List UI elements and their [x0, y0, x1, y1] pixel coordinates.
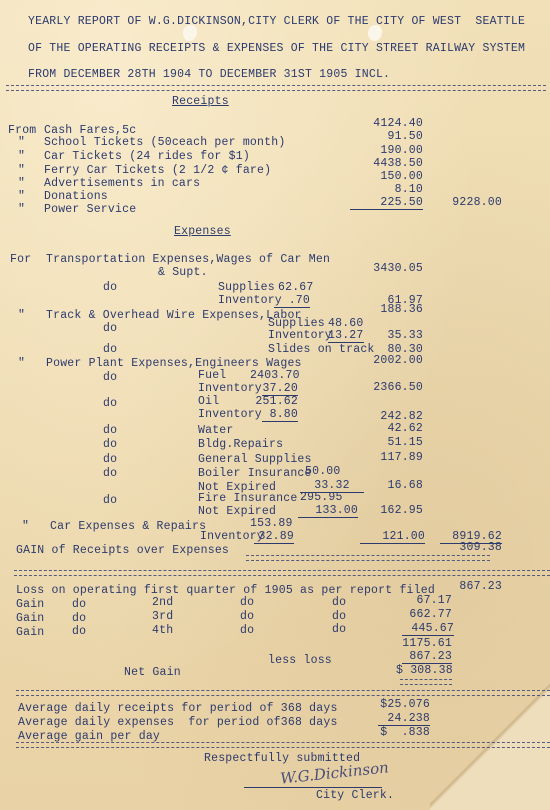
avg-expenses-value: 24.238	[378, 712, 430, 726]
receipt-amount: 225.50	[350, 196, 423, 210]
less-loss-label: less loss	[268, 654, 332, 667]
receipt-prefix: "	[18, 177, 25, 190]
receipt-amount: 190.00	[360, 144, 423, 157]
divider	[6, 85, 546, 91]
receipt-prefix: "	[18, 164, 25, 177]
receipt-prefix: "	[18, 190, 25, 203]
ditto-mark: do	[103, 322, 117, 335]
receipt-amount: 91.50	[360, 130, 423, 143]
expenses-heading: Expenses	[174, 225, 231, 238]
gain-label: GAIN of Receipts over Expenses	[16, 544, 229, 557]
ditto-mark: do	[103, 281, 117, 294]
expense-amount: 51.15	[360, 436, 423, 449]
ditto-mark: do	[240, 624, 254, 637]
avg-receipts-label: Average daily receipts for period of 368…	[18, 702, 338, 715]
quarter-value: 445.67	[402, 622, 454, 636]
expense-prefix: "	[18, 357, 25, 370]
expense-label: & Supt.	[158, 266, 208, 279]
quarter-label: 4th	[152, 624, 173, 637]
expense-amount: 2366.50	[360, 381, 423, 394]
loss-value: 867.23	[440, 580, 502, 593]
expense-label: Car Expenses & Repairs	[50, 520, 206, 533]
expense-prefix: "	[18, 309, 25, 322]
expense-prefix: For	[10, 253, 31, 266]
receipt-label: Donations	[44, 190, 108, 203]
expense-value: 13.27	[328, 329, 364, 343]
ditto-mark: do	[103, 371, 117, 384]
expense-amount: 2002.00	[360, 354, 423, 367]
expense-label: Inventory	[268, 329, 332, 342]
quarter-value: 662.77	[400, 608, 452, 621]
ditto-mark: do	[72, 598, 86, 611]
ditto-mark: do	[240, 610, 254, 623]
quarter-type: Gain	[16, 612, 44, 625]
expense-label: Track & Overhead Wire Expenses,Labor	[46, 309, 302, 322]
expense-label: General Supplies	[198, 453, 312, 466]
divider	[14, 570, 550, 576]
quarter-label: 2nd	[152, 596, 173, 609]
gain-value: 309.38	[440, 541, 502, 554]
expense-value: 153.89	[250, 517, 290, 530]
ditto-mark: do	[103, 494, 117, 507]
divider	[16, 690, 550, 696]
expense-label: Supplies	[218, 281, 275, 294]
receipt-amount: 4438.50	[360, 157, 423, 170]
quarters-subtotal: 1175.61	[402, 637, 452, 650]
quarter-type: Gain	[16, 626, 44, 639]
ditto-mark: do	[72, 612, 86, 625]
expense-value: 2403.70	[250, 369, 298, 382]
expense-value: 50.00	[305, 465, 341, 478]
receipt-amount: 150.00	[360, 170, 423, 183]
expense-value: .70	[274, 294, 310, 308]
net-gain-value: $ 308.38	[396, 664, 452, 677]
ditto-mark: do	[332, 596, 346, 609]
expense-value: 32.89	[254, 530, 294, 544]
expense-label: Fuel	[198, 369, 226, 382]
expense-label: Slides on track	[268, 343, 375, 356]
receipt-amount: 4124.40	[360, 117, 423, 130]
avg-gain-value: $ .838	[378, 726, 430, 739]
ditto-mark: do	[103, 343, 117, 356]
expense-amount: 16.68	[360, 479, 423, 492]
header-line-1: YEARLY REPORT OF W.G.DICKINSON,CITY CLER…	[28, 15, 525, 28]
ditto-mark: do	[240, 596, 254, 609]
ditto-mark: do	[103, 453, 117, 466]
expense-amount: 162.95	[360, 504, 423, 517]
receipt-label: School Tickets (50ceach per month)	[44, 136, 285, 149]
receipt-amount: 8.10	[360, 183, 423, 196]
ditto-mark: do	[72, 625, 86, 638]
expense-amount: 188.36	[360, 303, 423, 316]
expense-label: Fire Insurance	[198, 492, 297, 505]
ditto-mark: do	[103, 424, 117, 437]
expense-label: Inventory	[198, 382, 262, 395]
net-gain-label: Net Gain	[124, 666, 181, 679]
expense-amount: 35.33	[360, 329, 423, 342]
expense-amount: 121.00	[360, 530, 425, 544]
expense-amount: 42.62	[360, 422, 423, 435]
expense-label: Water	[198, 424, 234, 437]
expense-label: Inventory	[198, 408, 262, 421]
report-page: YEARLY REPORT OF W.G.DICKINSON,CITY CLER…	[0, 0, 550, 810]
divider	[246, 555, 490, 561]
ditto-mark: do	[103, 397, 117, 410]
receipt-label: Car Tickets (24 rides for $1)	[44, 150, 250, 163]
receipts-total: 9228.00	[430, 196, 502, 209]
expense-label: Bldg.Repairs	[198, 438, 283, 451]
header-line-3: FROM DECEMBER 28TH 1904 TO DECEMBER 31ST…	[28, 68, 390, 81]
header-line-2: OF THE OPERATING RECEIPTS & EXPENSES OF …	[28, 42, 525, 55]
expense-amount: 3430.05	[360, 262, 423, 275]
expense-value: 37.20	[262, 382, 298, 396]
receipt-prefix: "	[18, 203, 25, 216]
expense-label: Inventory	[218, 294, 282, 307]
expense-value: 251.62	[250, 395, 298, 408]
expense-label: Oil	[198, 395, 219, 408]
ditto-mark: do	[332, 623, 346, 636]
receipts-heading: Receipts	[172, 95, 229, 108]
less-loss-value: 867.23	[402, 650, 452, 664]
ditto-mark: do	[103, 438, 117, 451]
expense-label: Transportation Expenses,Wages of Car Men	[46, 253, 330, 266]
receipt-prefix: "	[18, 150, 25, 163]
clerk-title: City Clerk.	[316, 789, 394, 802]
expense-value: 8.80	[262, 408, 298, 422]
expense-value: 295.95	[300, 491, 343, 504]
divider	[16, 742, 550, 748]
divider	[400, 679, 452, 685]
receipt-prefix: "	[18, 136, 25, 149]
signature-line	[244, 787, 382, 788]
loss-line: Loss on operating first quarter of 1905 …	[16, 584, 435, 597]
expense-prefix: "	[22, 520, 29, 533]
receipt-label: Advertisements in cars	[44, 177, 200, 190]
quarter-value: 67.17	[400, 594, 452, 607]
ditto-mark: do	[332, 610, 346, 623]
avg-receipts-value: $25.076	[378, 698, 430, 711]
expense-label: Boiler Insurance	[198, 467, 312, 480]
quarter-type: Gain	[16, 598, 44, 611]
avg-expenses-label: Average daily expenses for period of368 …	[18, 716, 338, 729]
ditto-mark: do	[103, 467, 117, 480]
expense-amount: 117.89	[360, 451, 423, 464]
expense-value: 133.00	[298, 504, 358, 518]
expense-value: 62.67	[278, 281, 314, 294]
receipt-label: Power Service	[44, 203, 136, 216]
quarter-label: 3rd	[152, 610, 173, 623]
receipt-label: Ferry Car Tickets (2 1/2 ¢ fare)	[44, 164, 271, 177]
